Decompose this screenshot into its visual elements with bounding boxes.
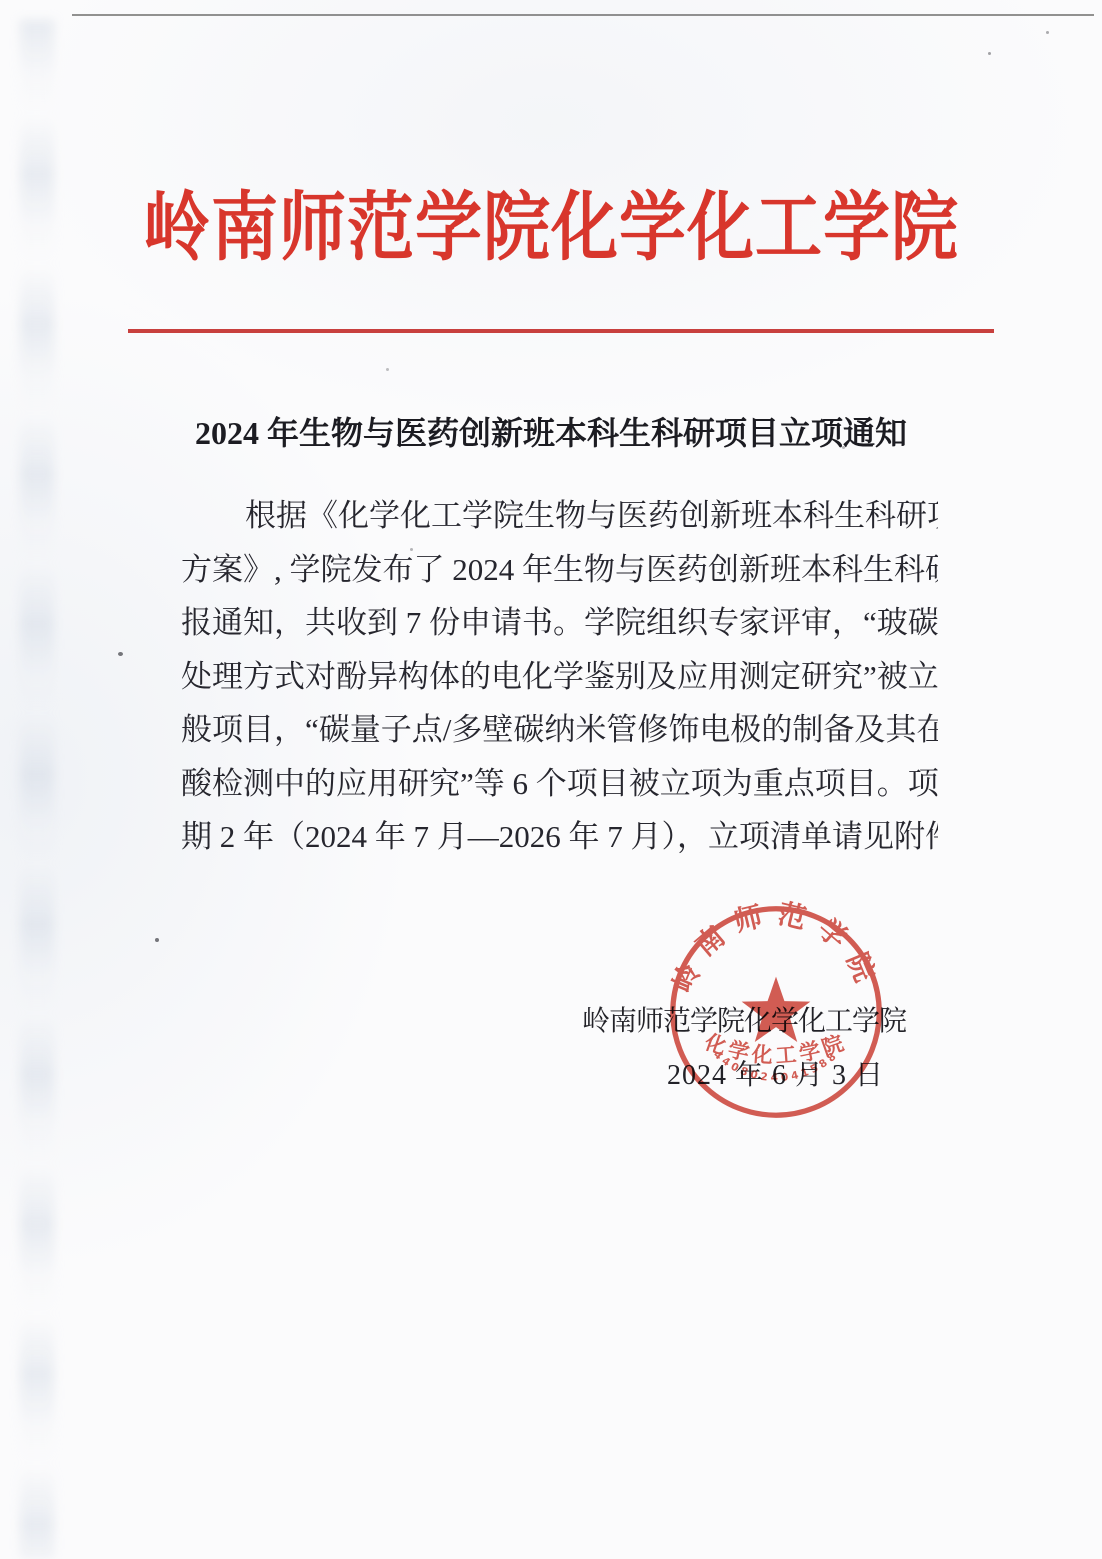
scan-speckle bbox=[386, 368, 389, 371]
body-line: 处理方式对酚异构体的电化学鉴别及应用测定研究”被立项为一 bbox=[181, 650, 938, 704]
scan-speckle bbox=[155, 938, 159, 942]
scan-artifact-top-line bbox=[72, 14, 1094, 16]
scan-speckle bbox=[1046, 31, 1049, 34]
body-line: 报通知，共收到 7 份申请书。学院组织专家评审，“玻碳电极预 bbox=[181, 596, 938, 650]
seal-star-icon bbox=[742, 977, 811, 1042]
scan-speckle bbox=[118, 652, 123, 656]
body-line: 酸检测中的应用研究”等 6 个项目被立项为重点项目。项目执行 bbox=[181, 757, 938, 811]
scan-speckle bbox=[988, 52, 991, 55]
letterhead-org-title: 岭南师范学院化学化工学院 bbox=[0, 168, 1102, 276]
body-line: 般项目，“碳量子点/多壁碳纳米管修饰电极的制备及其在抗坏血 bbox=[181, 703, 938, 757]
official-seal: 岭南师范学院 化学化工学院 4408024041588 bbox=[663, 899, 889, 1125]
notice-title: 2024 年生物与医药创新班本科生科研项目立项通知 bbox=[0, 408, 1102, 454]
body-line: 方案》, 学院发布了 2024 年生物与医药创新班本科生科研项目申 bbox=[181, 543, 938, 597]
body-line: 期 2 年（2024 年 7 月—2026 年 7 月），立项清单请见附件。 bbox=[181, 810, 938, 864]
body-line: 根据《化学化工学院生物与医药创新班本科生科研项目实施 bbox=[181, 489, 938, 543]
notice-body: 根据《化学化工学院生物与医药创新班本科生科研项目实施 方案》, 学院发布了 20… bbox=[181, 489, 938, 864]
scanned-notice-page: 岭南师范学院化学化工学院 2024 年生物与医药创新班本科生科研项目立项通知 根… bbox=[0, 0, 1102, 1559]
letterhead-divider-line bbox=[128, 329, 994, 333]
